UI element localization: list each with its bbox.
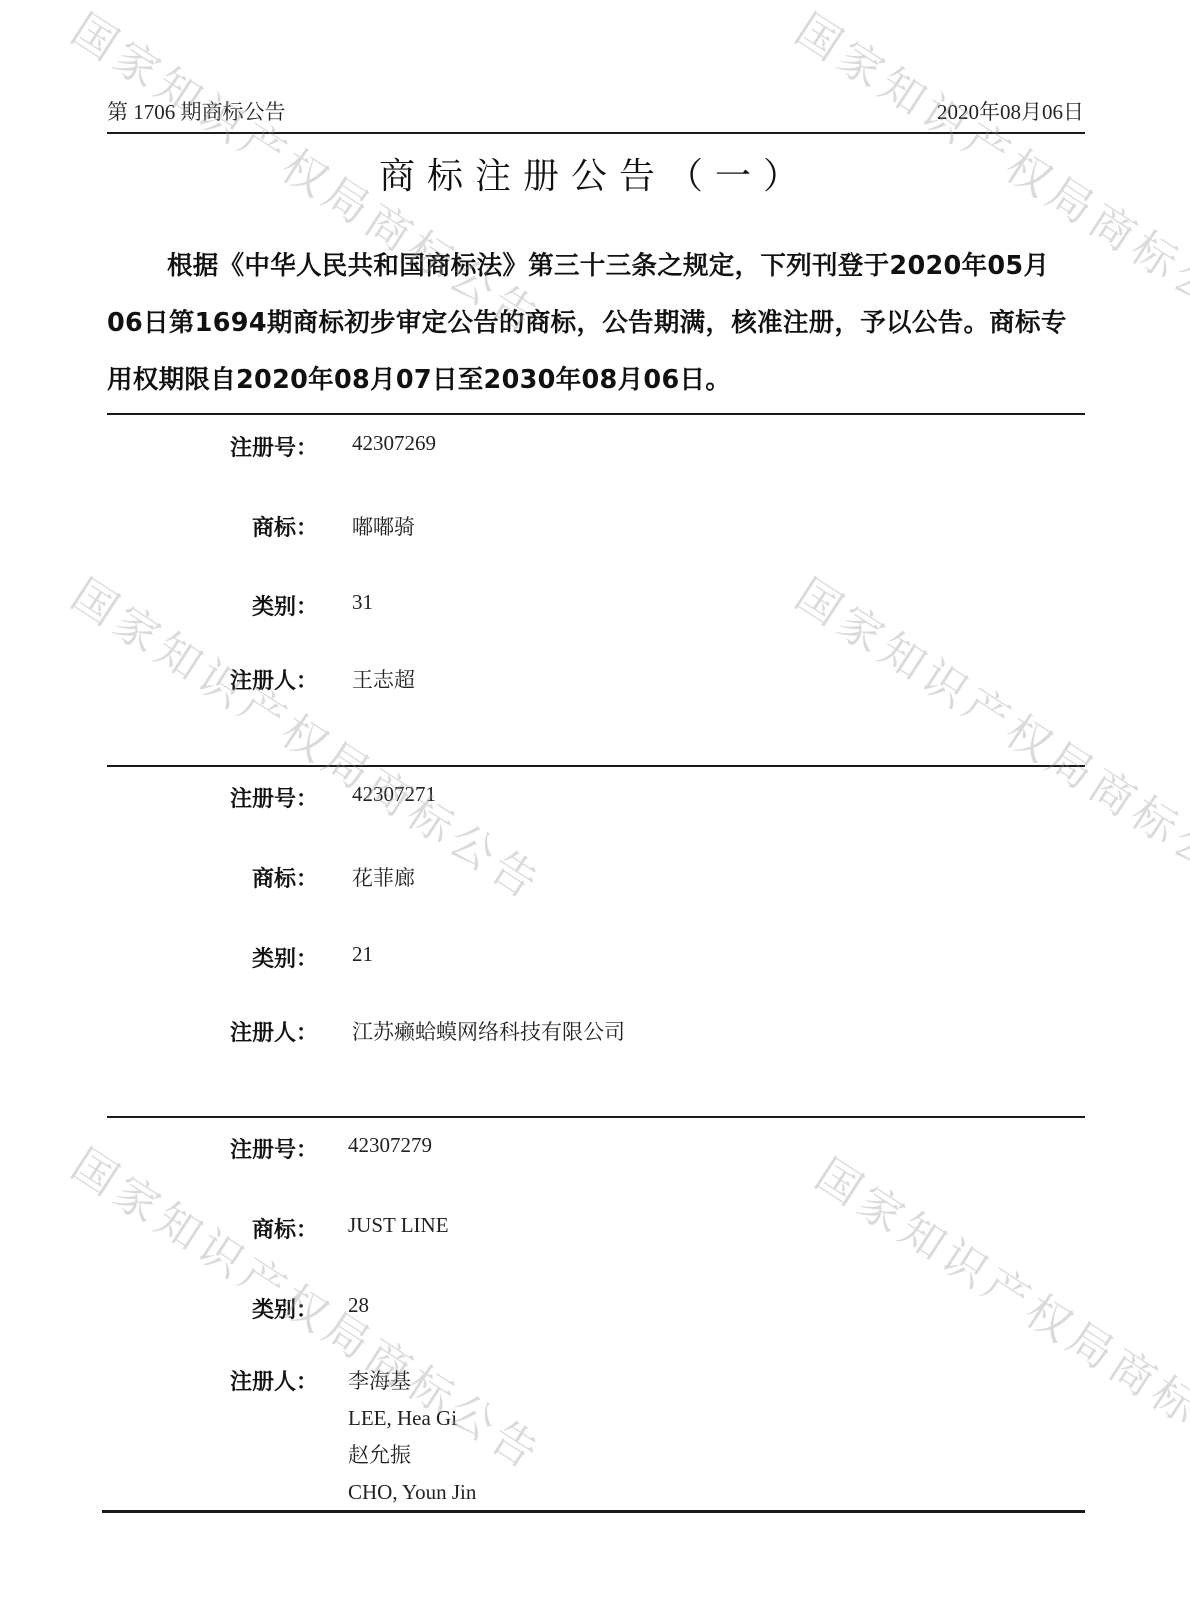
mark-value: 嘟嘟骑: [352, 511, 415, 541]
applicant-field: 注册人： 王志超: [0, 664, 1190, 698]
record-separator: [107, 413, 1085, 415]
applicant-list: 李海基 LEE, Hea Gi 赵允振 CHO, Youn Jin: [348, 1363, 476, 1511]
mark-label: 商标：: [252, 511, 318, 542]
header-rule: [107, 132, 1085, 134]
class-field: 类别： 31: [0, 590, 1190, 624]
record-separator: [107, 765, 1085, 767]
applicant-name: LEE, Hea Gi: [348, 1400, 476, 1437]
class-field: 类别： 28: [0, 1293, 1190, 1327]
page-title: 商标注册公告（一）: [0, 148, 1190, 199]
mark-label: 商标：: [252, 862, 318, 893]
applicant-name: 赵允振: [348, 1437, 476, 1474]
reg-no-label: 注册号：: [230, 431, 318, 462]
reg-no-field: 注册号： 42307279: [0, 1133, 1190, 1167]
applicant-field: 注册人： 李海基 LEE, Hea Gi 赵允振 CHO, Youn Jin: [0, 1365, 1190, 1399]
applicant-label: 注册人：: [230, 664, 318, 695]
reg-no-value: 42307279: [348, 1133, 432, 1158]
mark-field: 商标： 花菲廊: [0, 862, 1190, 896]
applicant-value: 江苏癞蛤蟆网络科技有限公司: [352, 1016, 625, 1046]
issue-date: 2020年08月06日: [937, 96, 1084, 126]
mark-field: 商标： JUST LINE: [0, 1213, 1190, 1247]
reg-no-label: 注册号：: [230, 782, 318, 813]
class-value: 28: [348, 1293, 369, 1318]
mark-label: 商标：: [252, 1213, 318, 1244]
issue-number: 第 1706 期商标公告: [107, 96, 286, 126]
footer-rule: [102, 1510, 1085, 1513]
class-label: 类别：: [252, 942, 318, 973]
mark-value: 花菲廊: [352, 862, 415, 892]
intro-paragraph: 根据《中华人民共和国商标法》第三十三条之规定，下列刊登于2020年05月06日第…: [107, 238, 1085, 409]
applicant-name: CHO, Youn Jin: [348, 1474, 476, 1511]
reg-no-field: 注册号： 42307271: [0, 782, 1190, 816]
class-field: 类别： 21: [0, 942, 1190, 976]
mark-field: 商标： 嘟嘟骑: [0, 511, 1190, 545]
reg-no-field: 注册号： 42307269: [0, 431, 1190, 465]
mark-value: JUST LINE: [348, 1213, 449, 1238]
trademark-gazette-page: 第 1706 期商标公告 2020年08月06日 商标注册公告（一） 根据《中华…: [0, 0, 1190, 1612]
reg-no-label: 注册号：: [230, 1133, 318, 1164]
class-value: 31: [352, 590, 373, 615]
running-header: 第 1706 期商标公告 2020年08月06日: [107, 96, 1084, 126]
class-value: 21: [352, 942, 373, 967]
applicant-label: 注册人：: [230, 1016, 318, 1047]
class-label: 类别：: [252, 1293, 318, 1324]
record-separator: [107, 1116, 1085, 1118]
applicant-value: 王志超: [352, 664, 415, 694]
class-label: 类别：: [252, 590, 318, 621]
reg-no-value: 42307269: [352, 431, 436, 456]
applicant-label: 注册人：: [230, 1365, 318, 1396]
applicant-field: 注册人： 江苏癞蛤蟆网络科技有限公司: [0, 1016, 1190, 1050]
reg-no-value: 42307271: [352, 782, 436, 807]
applicant-name: 李海基: [348, 1363, 476, 1400]
